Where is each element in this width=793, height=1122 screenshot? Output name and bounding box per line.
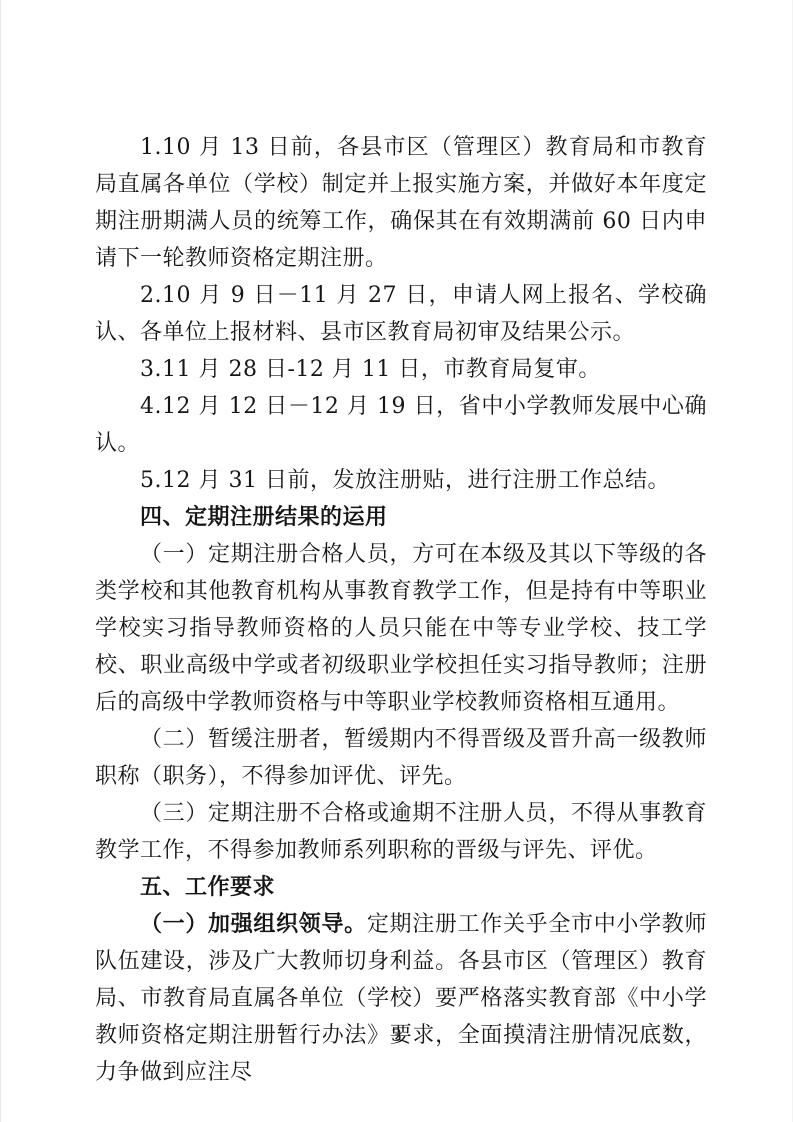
section-heading-5: 五、工作要求 (95, 869, 707, 906)
document-page: 1.10 月 13 日前，各县市区（管理区）教育局和市教育局直属各单位（学校）制… (0, 0, 793, 1122)
paragraph-step-3: 3.11 月 28 日-12 月 11 日，市教育局复审。 (95, 351, 707, 388)
paragraph-lead-body: 定期注册工作关乎全市中小学教师队伍建设，涉及广大教师切身利益。各县市区（管理区）… (95, 912, 707, 1085)
paragraph-result-1: （一）定期注册合格人员，方可在本级及其以下等级的各类学校和其他教育机构从事教育教… (95, 536, 707, 721)
paragraph-step-5: 5.12 月 31 日前，发放注册贴，进行注册工作总结。 (95, 462, 707, 499)
paragraph-step-1: 1.10 月 13 日前，各县市区（管理区）教育局和市教育局直属各单位（学校）制… (95, 129, 707, 277)
paragraph-step-4: 4.12 月 12 日－12 月 19 日，省中小学教师发展中心确认。 (95, 388, 707, 462)
paragraph-lead-bold: （一）加强组织领导。 (140, 912, 367, 937)
page-number: 3 (0, 1024, 793, 1048)
section-heading-4: 四、定期注册结果的运用 (95, 499, 707, 536)
paragraph-result-3: （三）定期注册不合格或逾期不注册人员，不得从事教育教学工作，不得参加教师系列职称… (95, 795, 707, 869)
paragraph-requirement-1: （一）加强组织领导。定期注册工作关乎全市中小学教师队伍建设，涉及广大教师切身利益… (95, 906, 707, 1091)
paragraph-result-2: （二）暂缓注册者，暂缓期内不得晋级及晋升高一级教师职称（职务），不得参加评优、评… (95, 721, 707, 795)
document-body: 1.10 月 13 日前，各县市区（管理区）教育局和市教育局直属各单位（学校）制… (95, 129, 707, 1091)
paragraph-step-2: 2.10 月 9 日－11 月 27 日，申请人网上报名、学校确认、各单位上报材… (95, 277, 707, 351)
